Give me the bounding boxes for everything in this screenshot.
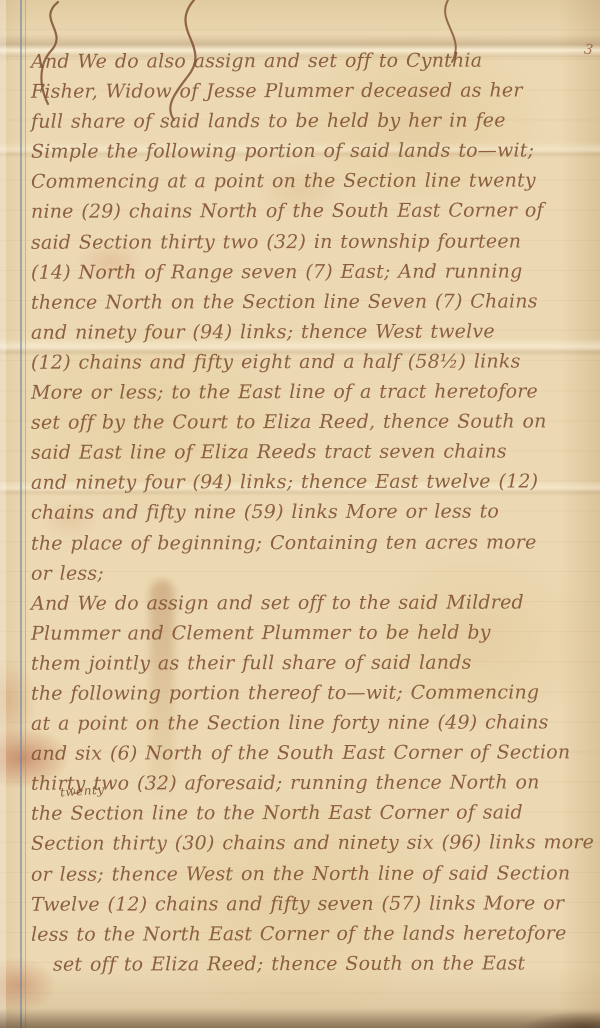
handwritten-line: and ninety four (94) links; thence East … bbox=[31, 467, 593, 499]
margin-rule-blue bbox=[20, 0, 22, 1028]
handwritten-line: Section thirty (30) chains and ninety si… bbox=[31, 828, 593, 860]
text-lines: And We do also assign and set off to Cyn… bbox=[31, 46, 593, 979]
handwritten-line: them jointly as their full share of said… bbox=[31, 647, 593, 679]
handwritten-line: said Section thirty two (32) in township… bbox=[31, 226, 593, 258]
handwritten-line: Twelve (12) chains and fifty seven (57) … bbox=[31, 888, 593, 920]
handwritten-line: and ninety four (94) links; thence West … bbox=[31, 316, 593, 348]
handwritten-line: less to the North East Corner of the lan… bbox=[31, 918, 593, 950]
handwritten-line: And We do also assign and set off to Cyn… bbox=[31, 45, 593, 77]
handwritten-line: and six (6) North of the South East Corn… bbox=[31, 737, 593, 769]
bottom-right-smudge bbox=[490, 994, 600, 1028]
handwritten-line: the following portion thereof to—wit; Co… bbox=[31, 677, 593, 709]
aged-paper-background: 3 And We do also assign and set off to C… bbox=[0, 0, 600, 1028]
handwritten-line: the place of beginning; Containing ten a… bbox=[31, 527, 593, 559]
handwritten-line: at a point on the Section line forty nin… bbox=[31, 707, 593, 739]
handwritten-line: (12) chains and fifty eight and a half (… bbox=[31, 346, 593, 378]
handwritten-line: nine (29) chains North of the South East… bbox=[31, 196, 593, 228]
bottom-scan-shadow bbox=[0, 1008, 600, 1028]
handwritten-line: thence North on the Section line Seven (… bbox=[31, 286, 593, 318]
handwritten-line: said East line of Eliza Reeds tract seve… bbox=[31, 436, 593, 468]
handwritten-line: set off by the Court to Eliza Reed, then… bbox=[31, 406, 593, 438]
handwritten-line: full share of said lands to be held by h… bbox=[31, 105, 593, 137]
handwritten-line: chains and fifty nine (59) links More or… bbox=[31, 497, 593, 529]
handwritten-line: (14) North of Range seven (7) East; And … bbox=[31, 256, 593, 288]
handwritten-line: Commencing at a point on the Section lin… bbox=[31, 166, 593, 198]
handwritten-line: set off to Eliza Reed; thence South on t… bbox=[31, 948, 593, 980]
handwritten-line: or less; bbox=[31, 557, 593, 589]
handwritten-line: Simple the following portion of said lan… bbox=[31, 136, 593, 168]
handwritten-line: the Section line to the North East Corne… bbox=[31, 798, 593, 830]
scan-edge-highlight bbox=[0, 0, 6, 1028]
handwritten-line: Plummer and Clement Plummer to be held b… bbox=[31, 617, 593, 649]
handwritten-line: More or less; to the East line of a trac… bbox=[31, 376, 593, 408]
handwritten-line: or less; thence West on the North line o… bbox=[31, 858, 593, 890]
handwritten-line: thirty two (32) aforesaid; running thenc… bbox=[31, 768, 593, 800]
handwritten-line: Fisher, Widow of Jesse Plummer deceased … bbox=[31, 75, 593, 107]
handwritten-line: And We do assign and set off to the said… bbox=[31, 587, 593, 619]
margin-rule-red bbox=[25, 0, 26, 1028]
